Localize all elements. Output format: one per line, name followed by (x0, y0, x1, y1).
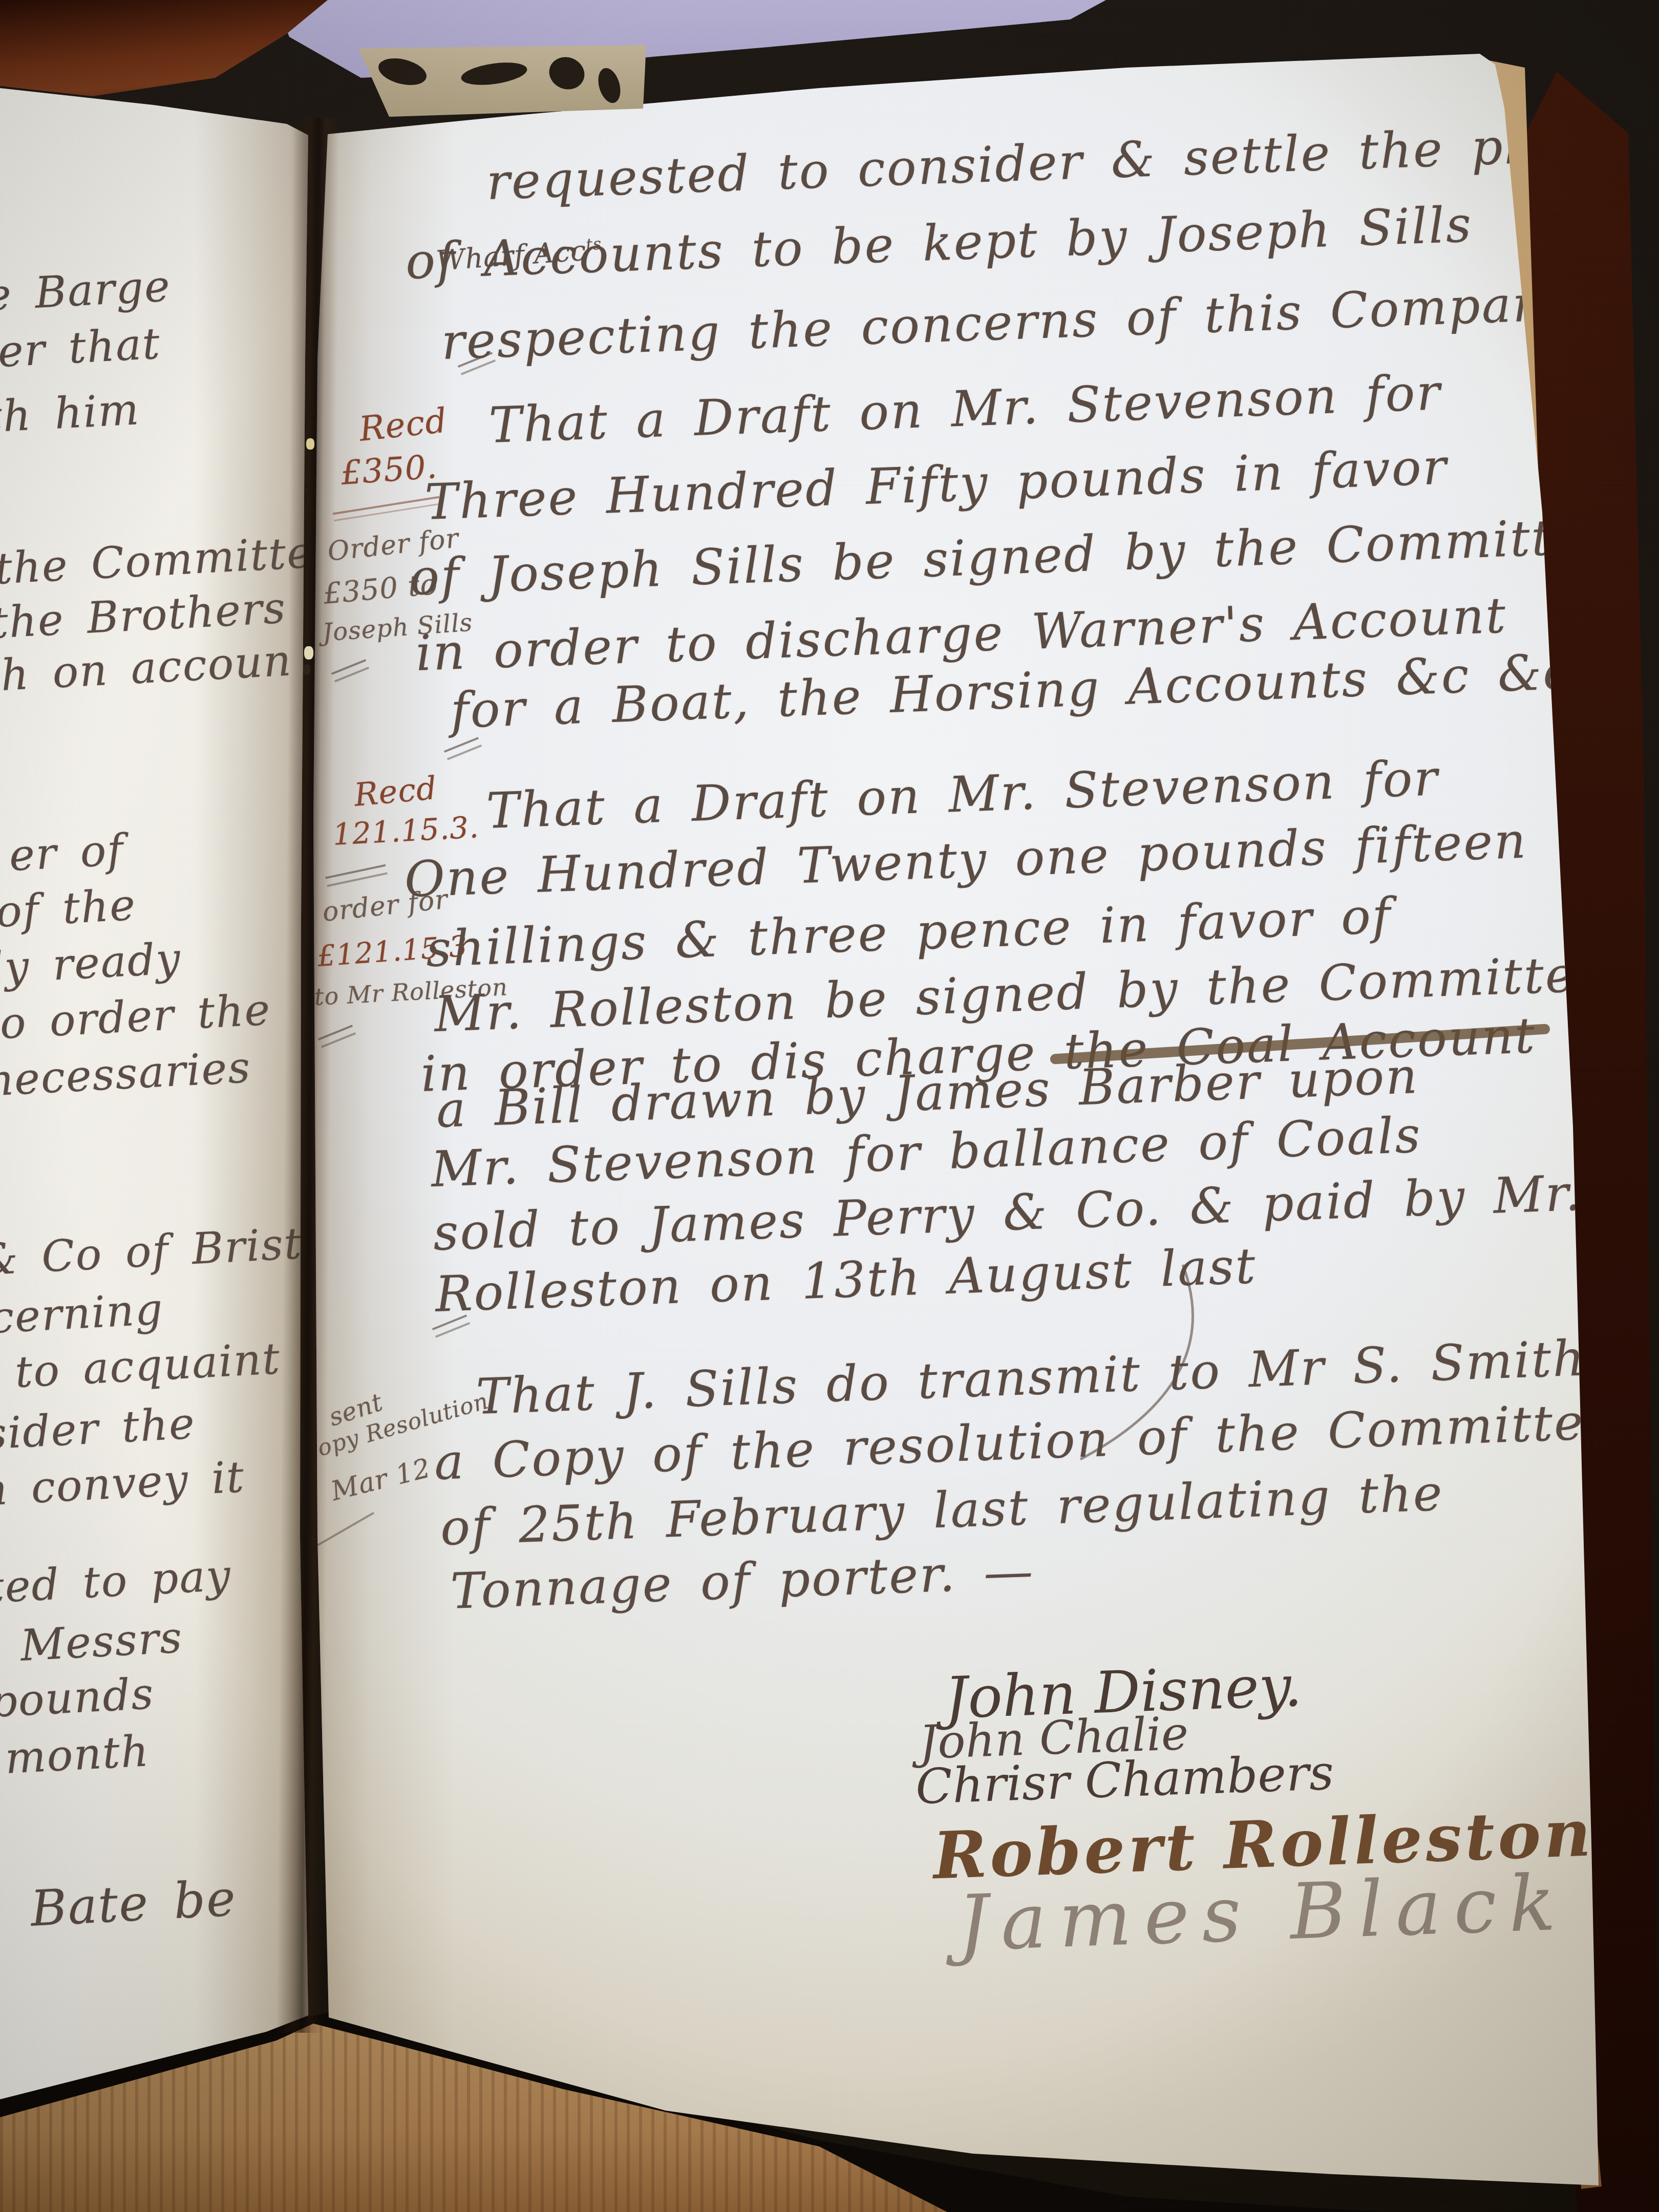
binding-stitch (306, 438, 314, 450)
left-page-line: Bate be (29, 1869, 238, 1938)
margin-note-received-121-amount: 121.15.3. (332, 810, 480, 852)
body-line: of Accounts to be kept by Joseph Sills (405, 196, 1474, 290)
tape-mark (460, 59, 528, 89)
binding-stitch (304, 646, 313, 660)
left-page-line: month (4, 1726, 151, 1783)
body-line: That a Draft on Mr. Stevenson for (488, 364, 1442, 454)
left-page-line: of the (0, 880, 137, 937)
left-page-line: sider the (0, 1398, 197, 1459)
body-line: respecting the concerns of this Company (440, 274, 1576, 371)
left-page-line: ter that (0, 318, 162, 378)
binding-stitch (303, 665, 310, 675)
tape-mark (376, 54, 430, 90)
left-page-line: er of (8, 824, 125, 881)
left-page-line: ly ready (0, 933, 182, 993)
left-page-line: Messrs (19, 1612, 184, 1670)
body-line: requested to consider & settle the plan (485, 115, 1586, 211)
margin-note-received-121: Recd (353, 769, 439, 814)
left-page-line: cerning (0, 1284, 165, 1343)
left-page-line: pounds (0, 1668, 156, 1727)
tape-mark (544, 52, 589, 95)
margin-note-received-350-amount: £350. (339, 448, 438, 493)
left-page-line: th him (0, 384, 141, 442)
left-page-line: e Barge (0, 261, 172, 321)
body-line: Tonnage of porter. — (450, 1542, 1035, 1620)
tape-mark (594, 66, 624, 105)
manuscript-photo: e Barge ter that th him the Committee th… (0, 0, 1659, 2212)
tape-fragment (358, 45, 648, 119)
body-line: Three Hundred Fifty pounds in favor (424, 438, 1449, 531)
